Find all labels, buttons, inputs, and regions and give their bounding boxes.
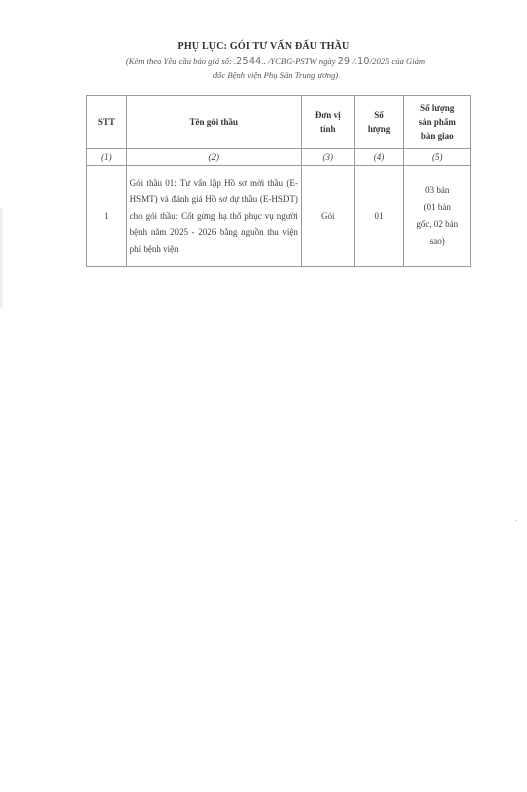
- deliverables-line4: sao): [430, 236, 445, 246]
- deliverables-line3: gốc, 02 bản: [416, 219, 458, 229]
- header-quantity-line1: Số: [374, 110, 384, 120]
- colnum-3: (3): [301, 149, 354, 166]
- cell-quantity: 01: [354, 166, 404, 267]
- column-number-row: (1) (2) (3) (4) (5): [87, 149, 471, 166]
- header-deliverables-line1: Số lượng: [420, 103, 454, 113]
- cell-unit: Gói: [301, 166, 354, 267]
- header-unit-line1: Đơn vị: [315, 110, 341, 120]
- scan-page-edge: [0, 208, 4, 308]
- header-package-name: Tên gói thầu: [126, 96, 301, 149]
- table-row: 1 Gói thầu 01: Tư vấn lập Hồ sơ mời thầu…: [87, 166, 471, 267]
- scan-speck: [515, 520, 517, 521]
- cell-deliverables: 03 bản (01 bản gốc, 02 bản sao): [404, 166, 471, 267]
- document-subtitle: (Kèm theo Yêu cầu báo giá số: .2544.. /Y…: [88, 55, 463, 81]
- header-stt: STT: [87, 96, 127, 149]
- cell-stt: 1: [87, 166, 127, 267]
- colnum-2: (2): [126, 149, 301, 166]
- deliverables-line1: 03 bản: [425, 185, 449, 195]
- subtitle-suffix: /2025 của Giám: [370, 56, 425, 66]
- subtitle-line2: đốc Bệnh viện Phụ Sản Trung ương): [213, 70, 338, 80]
- header-unit-line2: tính: [320, 124, 336, 134]
- header-deliverables: Số lượng sản phẩm bàn giao: [404, 96, 471, 149]
- handwritten-quote-number: 2544: [236, 56, 261, 67]
- header-unit: Đơn vị tính: [301, 96, 354, 149]
- colnum-4: (4): [354, 149, 404, 166]
- colnum-1: (1): [87, 149, 127, 166]
- handwritten-day: 29: [338, 56, 351, 67]
- deliverables-line2: (01 bản: [424, 202, 451, 212]
- subtitle-middle: .. /YCBG-PSTW ngày: [262, 56, 338, 66]
- header-quantity: Số lượng: [354, 96, 404, 149]
- header-quantity-line2: lượng: [368, 124, 390, 134]
- cell-package-name: Gói thầu 01: Tư vấn lập Hồ sơ mời thầu (…: [126, 166, 301, 267]
- document-title: PHỤ LỤC: GÓI TƯ VẤN ĐẤU THẦU: [0, 41, 527, 52]
- table-header-row: STT Tên gói thầu Đơn vị tính Số lượng Số…: [87, 96, 471, 149]
- colnum-5: (5): [404, 149, 471, 166]
- package-table: STT Tên gói thầu Đơn vị tính Số lượng Số…: [86, 95, 471, 267]
- subtitle-prefix: (Kèm theo Yêu cầu báo giá số: .: [126, 56, 236, 66]
- header-deliverables-line3: bàn giao: [421, 131, 454, 141]
- handwritten-month: 10: [357, 56, 370, 67]
- header-deliverables-line2: sản phẩm: [419, 117, 456, 127]
